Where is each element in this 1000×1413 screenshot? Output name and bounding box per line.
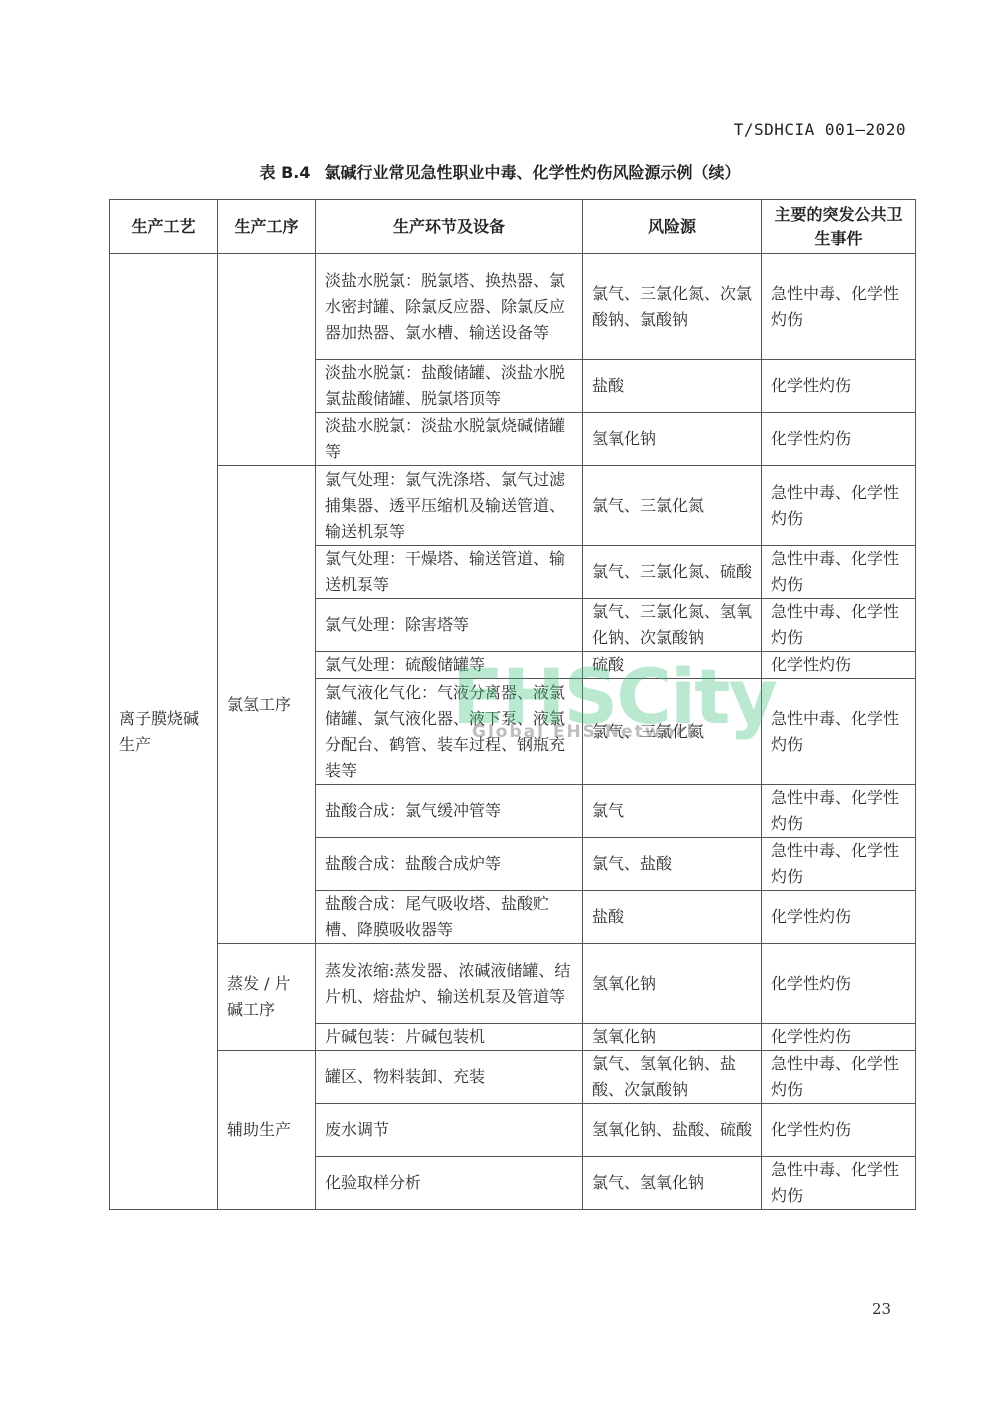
standard-code: T/SDHCIA 001—2020 bbox=[734, 120, 906, 139]
event-cell: 化学性灼伤 bbox=[762, 944, 916, 1024]
procedure-cell: 氯氢工序 bbox=[218, 466, 316, 944]
equipment-cell: 化验取样分析 bbox=[316, 1157, 583, 1210]
event-cell: 急性中毒、化学性灼伤 bbox=[762, 785, 916, 838]
hazard-cell: 氢氧化钠 bbox=[583, 944, 762, 1024]
event-cell: 急性中毒、化学性灼伤 bbox=[762, 466, 916, 546]
hazard-cell: 氢氧化钠 bbox=[583, 413, 762, 466]
hazard-cell: 氢氧化钠 bbox=[583, 1024, 762, 1051]
table-number: 表 B.4 bbox=[260, 163, 311, 182]
table-title: 氯碱行业常见急性职业中毒、化学性灼伤风险源示例（续） bbox=[324, 163, 740, 182]
hazard-cell: 氯气 bbox=[583, 785, 762, 838]
event-cell: 化学性灼伤 bbox=[762, 1104, 916, 1157]
event-cell: 化学性灼伤 bbox=[762, 652, 916, 679]
equipment-cell: 淡盐水脱氯：淡盐水脱氯烧碱储罐等 bbox=[316, 413, 583, 466]
equipment-cell: 淡盐水脱氯：盐酸储罐、淡盐水脱氯盐酸储罐、脱氯塔顶等 bbox=[316, 360, 583, 413]
equipment-cell: 淡盐水脱氯：脱氯塔、换热器、氯水密封罐、除氯反应器、除氯反应器加热器、氯水槽、输… bbox=[316, 254, 583, 360]
event-cell: 化学性灼伤 bbox=[762, 891, 916, 944]
event-cell: 急性中毒、化学性灼伤 bbox=[762, 546, 916, 599]
hazard-cell: 氯气、三氯化氮 bbox=[583, 679, 762, 785]
table-header-row: 生产工艺 生产工序 生产环节及设备 风险源 主要的突发公共卫生事件 bbox=[110, 200, 916, 254]
hazard-cell: 氯气、三氯化氮、氢氧化钠、次氯酸钠 bbox=[583, 599, 762, 652]
hazard-cell: 氯气、氢氧化钠 bbox=[583, 1157, 762, 1210]
hazard-cell: 硫酸 bbox=[583, 652, 762, 679]
event-cell: 急性中毒、化学性灼伤 bbox=[762, 679, 916, 785]
column-header-hazard: 风险源 bbox=[583, 200, 762, 254]
equipment-cell: 盐酸合成：氯气缓冲管等 bbox=[316, 785, 583, 838]
hazard-cell: 氯气、三氯化氮 bbox=[583, 466, 762, 546]
hazard-cell: 氯气、盐酸 bbox=[583, 838, 762, 891]
hazard-cell: 盐酸 bbox=[583, 891, 762, 944]
hazard-cell: 氯气、三氯化氮、次氯酸钠、氯酸钠 bbox=[583, 254, 762, 360]
event-cell: 急性中毒、化学性灼伤 bbox=[762, 1051, 916, 1104]
procedure-cell bbox=[218, 254, 316, 466]
table-caption: 表 B.4氯碱行业常见急性职业中毒、化学性灼伤风险源示例（续） bbox=[0, 160, 1000, 183]
table-row: 离子膜烧碱生产 淡盐水脱氯：脱氯塔、换热器、氯水密封罐、除氯反应器、除氯反应器加… bbox=[110, 254, 916, 360]
event-cell: 急性中毒、化学性灼伤 bbox=[762, 1157, 916, 1210]
event-cell: 化学性灼伤 bbox=[762, 413, 916, 466]
equipment-cell: 盐酸合成：盐酸合成炉等 bbox=[316, 838, 583, 891]
page-number: 23 bbox=[872, 1300, 891, 1318]
equipment-cell: 盐酸合成：尾气吸收塔、盐酸贮槽、降膜吸收器等 bbox=[316, 891, 583, 944]
equipment-cell: 片碱包装：片碱包装机 bbox=[316, 1024, 583, 1051]
event-cell: 急性中毒、化学性灼伤 bbox=[762, 838, 916, 891]
equipment-cell: 氯气处理：氯气洗涤塔、氯气过滤捕集器、透平压缩机及输送管道、输送机泵等 bbox=[316, 466, 583, 546]
equipment-cell: 废水调节 bbox=[316, 1104, 583, 1157]
event-cell: 化学性灼伤 bbox=[762, 360, 916, 413]
equipment-cell: 氯气液化气化：气液分离器、液氯储罐、氯气液化器、液下泵、液氯分配台、鹤管、装车过… bbox=[316, 679, 583, 785]
equipment-cell: 氯气处理：硫酸储罐等 bbox=[316, 652, 583, 679]
process-cell: 离子膜烧碱生产 bbox=[110, 254, 218, 1210]
equipment-cell: 罐区、物料装卸、充装 bbox=[316, 1051, 583, 1104]
table-row: 氯氢工序 氯气处理：氯气洗涤塔、氯气过滤捕集器、透平压缩机及输送管道、输送机泵等… bbox=[110, 466, 916, 546]
column-header-equipment: 生产环节及设备 bbox=[316, 200, 583, 254]
table-row: 辅助生产 罐区、物料装卸、充装 氯气、氢氧化钠、盐酸、次氯酸钠 急性中毒、化学性… bbox=[110, 1051, 916, 1104]
column-header-process: 生产工艺 bbox=[110, 200, 218, 254]
hazard-cell: 氯气、氢氧化钠、盐酸、次氯酸钠 bbox=[583, 1051, 762, 1104]
event-cell: 急性中毒、化学性灼伤 bbox=[762, 599, 916, 652]
column-header-event: 主要的突发公共卫生事件 bbox=[762, 200, 916, 254]
equipment-cell: 氯气处理：除害塔等 bbox=[316, 599, 583, 652]
table-row: 蒸发 / 片碱工序 蒸发浓缩:蒸发器、浓碱液储罐、结片机、熔盐炉、输送机泵及管道… bbox=[110, 944, 916, 1024]
column-header-procedure: 生产工序 bbox=[218, 200, 316, 254]
hazard-cell: 氢氧化钠、盐酸、硫酸 bbox=[583, 1104, 762, 1157]
risk-source-table: 生产工艺 生产工序 生产环节及设备 风险源 主要的突发公共卫生事件 离子膜烧碱生… bbox=[109, 199, 916, 1210]
equipment-cell: 蒸发浓缩:蒸发器、浓碱液储罐、结片机、熔盐炉、输送机泵及管道等 bbox=[316, 944, 583, 1024]
event-cell: 急性中毒、化学性灼伤 bbox=[762, 254, 916, 360]
equipment-cell: 氯气处理：干燥塔、输送管道、输送机泵等 bbox=[316, 546, 583, 599]
hazard-cell: 盐酸 bbox=[583, 360, 762, 413]
procedure-cell: 蒸发 / 片碱工序 bbox=[218, 944, 316, 1051]
hazard-cell: 氯气、三氯化氮、硫酸 bbox=[583, 546, 762, 599]
procedure-cell: 辅助生产 bbox=[218, 1051, 316, 1210]
event-cell: 化学性灼伤 bbox=[762, 1024, 916, 1051]
